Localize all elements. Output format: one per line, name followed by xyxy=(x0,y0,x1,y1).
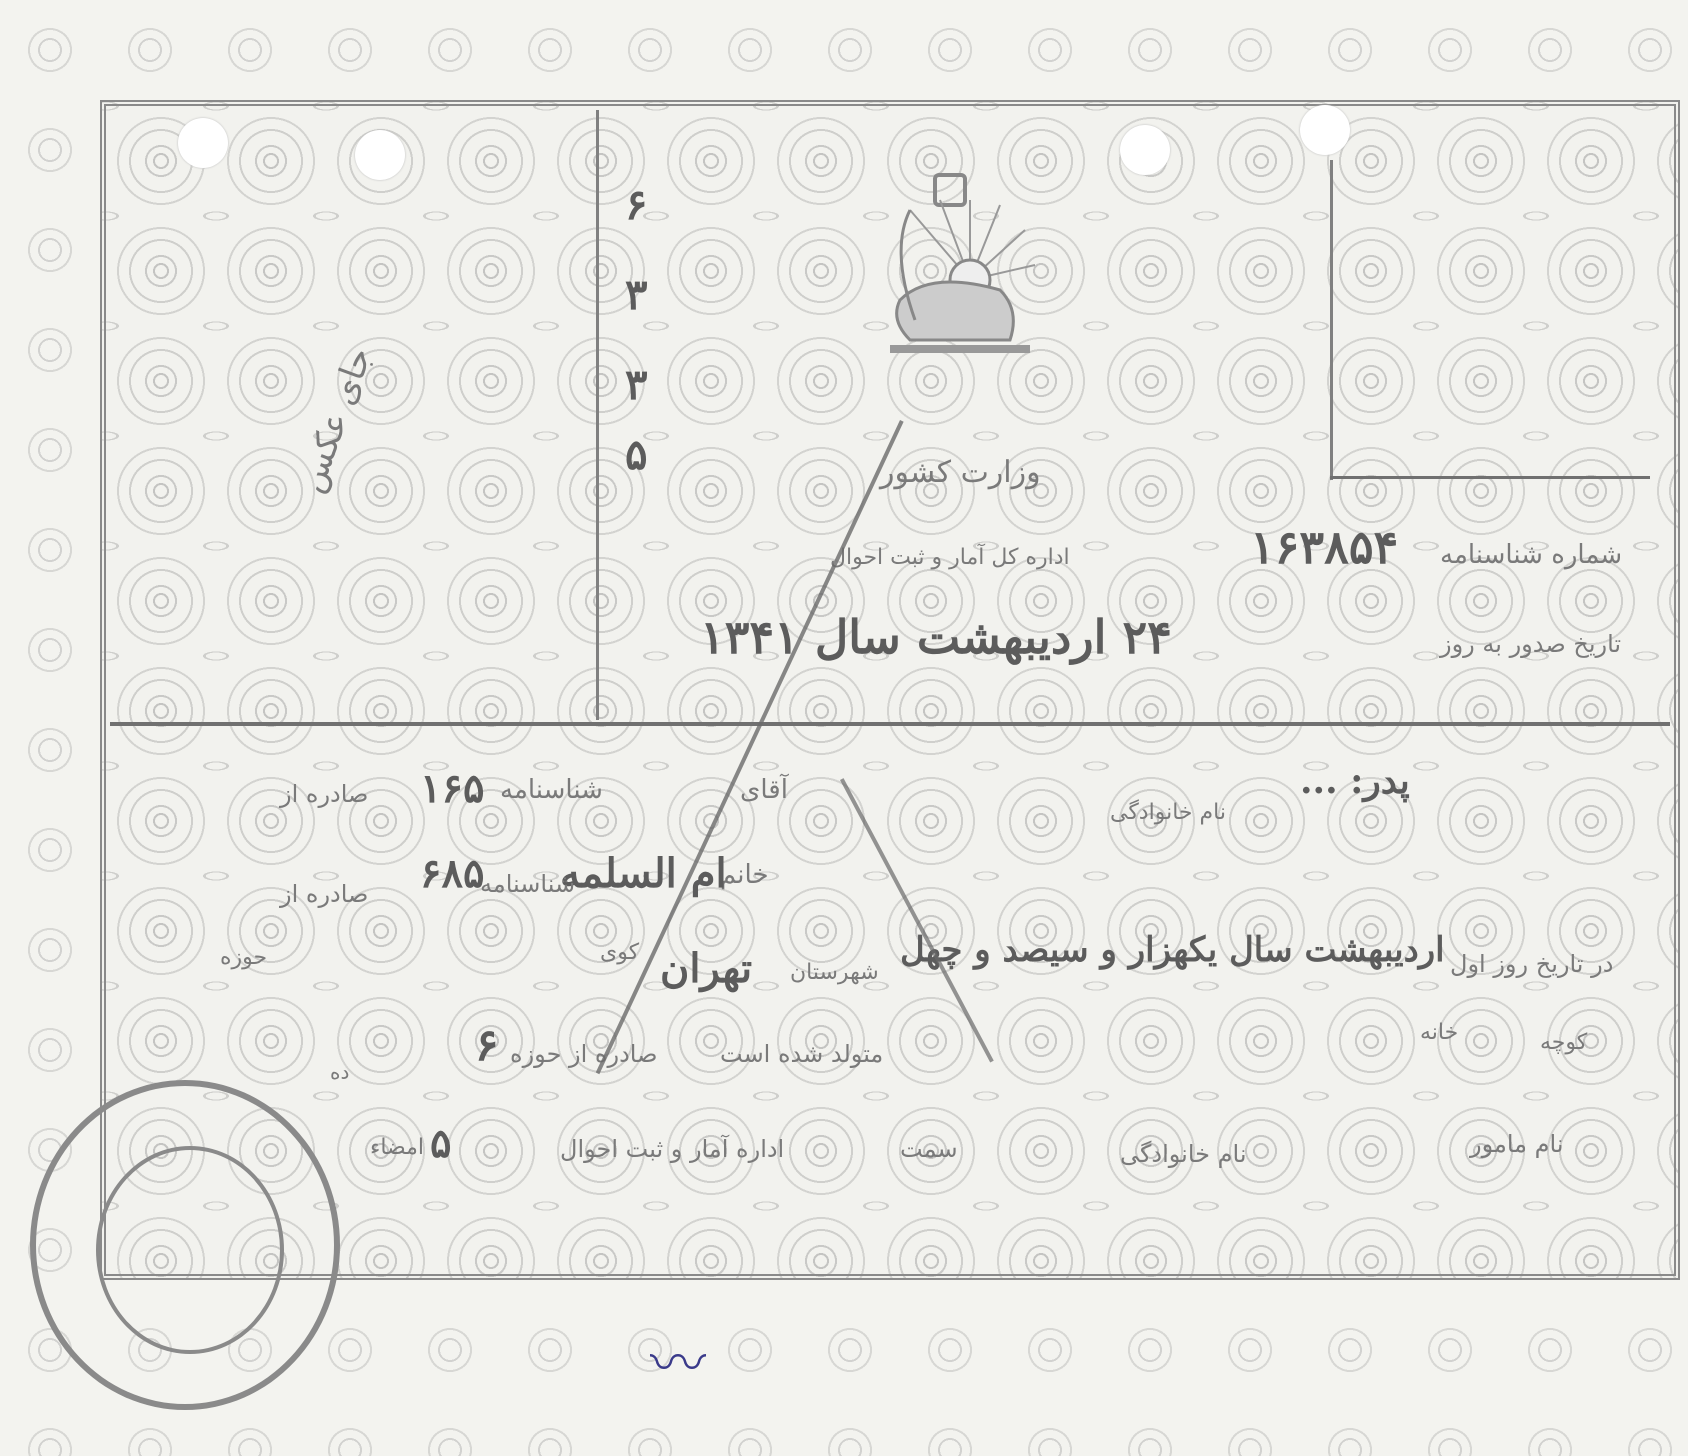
section-divider xyxy=(110,722,1670,726)
row5-office: اداره آمار و ثبت احوال xyxy=(560,1135,784,1163)
side-number: ۳ xyxy=(625,360,648,409)
row1-family-label: نام خانوادگی xyxy=(1110,800,1226,825)
row5-family-label: نام خانوادگی xyxy=(1120,1140,1247,1168)
row4-issued-value: ۶ xyxy=(475,1020,499,1071)
side-number: ۶ xyxy=(625,180,648,229)
row3-label: در تاریخ روز اول xyxy=(1450,950,1613,978)
certificate-number-value: ۱۶۳۸۵۴ xyxy=(1250,520,1398,574)
row3-birth-date-value: اردیبهشت سال یکهزار و سیصد و چهل xyxy=(900,930,1445,970)
issue-date-label: تاریخ صدور به روز xyxy=(1440,630,1621,658)
stamp-inner-ring xyxy=(96,1146,284,1354)
punch-hole xyxy=(1120,125,1170,175)
row4-village-label: ده xyxy=(330,1060,349,1084)
row5-sign-value: ۵ xyxy=(430,1120,451,1167)
photo-box-divider xyxy=(596,110,599,720)
row1-father-value: پدر: ... xyxy=(1300,760,1410,802)
side-number: ۳ xyxy=(625,270,648,319)
row3-street-label: کوی xyxy=(600,940,639,965)
official-stamp xyxy=(30,1080,340,1410)
ministry-title: وزارت کشور xyxy=(880,455,1041,490)
row4-label: کوچه xyxy=(1540,1030,1587,1055)
row2-mother-value: ام السلمه xyxy=(560,850,727,897)
row2-id-value: ۶۸۵ xyxy=(420,850,484,897)
row1-label: آقای xyxy=(740,775,788,805)
row4-issued-label: صادره از حوزه xyxy=(510,1040,657,1068)
row1-id-label: شناسنامه xyxy=(500,775,603,805)
certificate-number-label: شماره شناسنامه xyxy=(1440,540,1622,570)
blue-pen-mark: 〰 xyxy=(650,1320,706,1400)
row2-id-label: شناسنامه xyxy=(480,870,575,898)
issue-date-value: ۲۴ اردیبهشت سال ۱۳۴۱ xyxy=(700,610,1172,664)
seal-box-bottom xyxy=(1330,476,1650,479)
department-title: اداره کل آمار و ثبت احوال xyxy=(830,545,1070,570)
punch-hole xyxy=(355,130,405,180)
punch-hole xyxy=(1300,105,1350,155)
row1-issued-label: صادره از xyxy=(280,780,368,808)
punch-hole xyxy=(178,118,228,168)
row5-label: نام مامور xyxy=(1470,1130,1564,1158)
row3-city-label: شهرستان xyxy=(790,960,879,985)
lion-and-sun-emblem xyxy=(850,170,1050,370)
row2-issued-label: صادره از xyxy=(280,880,368,908)
row3-city-value: تهران xyxy=(660,945,752,992)
row5-position-label: سمت xyxy=(900,1135,958,1163)
row4-born-label: متولد شده است xyxy=(720,1040,883,1068)
row1-id-value: ۱۶۵ xyxy=(420,765,484,812)
seal-box-divider xyxy=(1330,160,1333,480)
side-number: ۵ xyxy=(625,430,648,479)
row5-sign-label: امضاء xyxy=(370,1135,424,1160)
row2-label: خانم xyxy=(720,860,769,890)
row3-district-label: حوزه xyxy=(220,945,267,970)
row4-house-label: خانه xyxy=(1420,1020,1458,1045)
